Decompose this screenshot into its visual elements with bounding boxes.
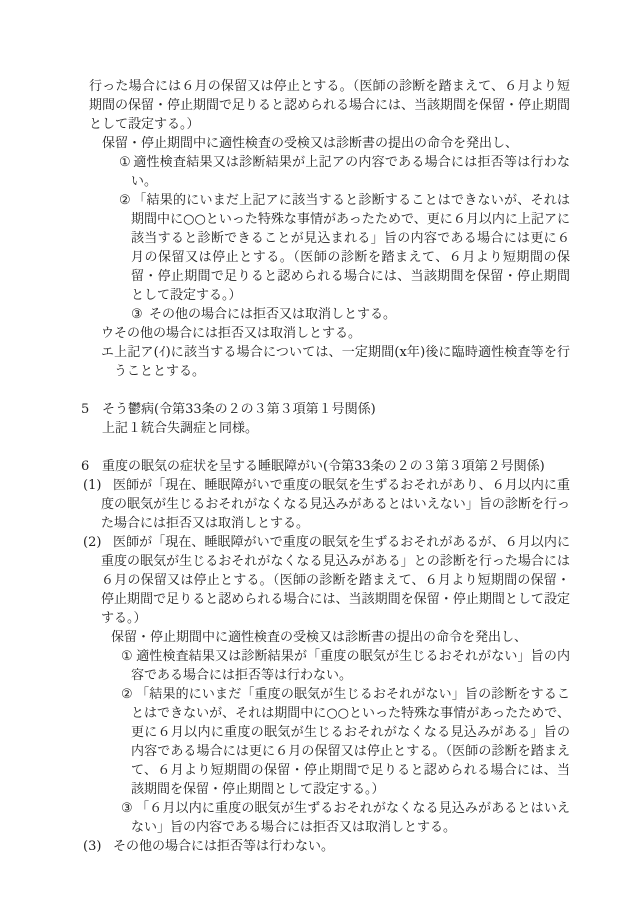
document-page: 行った場合には６月の保留又は停止とする。（医師の診断を踏まえて、６月より短期間の… [0, 0, 630, 903]
katakana-item-e-text: 上記ア(ｲ)に該当する場合については、一定期間(x年)後に臨時適性検査等を行うこ… [114, 345, 570, 379]
section-6: 6重度の眠気の症状を呈する睡眠障がい(令第33条の２の３第３項第２号関係) (1… [0, 457, 570, 856]
paren-item-1: (1)医師が「現在、睡眠障がいで重度の眠気を生ずるおそれがあり、６月以内に重度の… [0, 476, 570, 533]
order-intro-paragraph: 保留・停止期間中に適性検査の受検又は診断書の提出の命令を発出し、 [0, 134, 570, 153]
sub-circled-item-1-text: 適性検査結果又は診断結果が「重度の眠気が生じるおそれがない」旨の内容である場合に… [131, 649, 570, 683]
circled-3-marker: ③ [131, 305, 149, 324]
sub-circled-2-marker: ② [121, 685, 136, 704]
circled-item-3-text: その他の場合には拒否又は取消しとする。 [149, 307, 396, 322]
paren-item-2-text: 医師が「現在、睡眠障がいで重度の眠気を生ずるおそれがあるが、６月以内に重度の眠気… [101, 535, 570, 626]
section-5-heading: 5そう鬱病(令第33条の２の３第３項第１号関係) [0, 400, 570, 419]
section-5-body: 上記１統合失調症と同様。 [0, 419, 570, 438]
paren-item-3-text: その他の場合には拒否等は行わない。 [113, 839, 334, 854]
circled-2-marker: ② [119, 191, 133, 210]
katakana-item-u-text: その他の場合には拒否又は取消しとする。 [114, 326, 361, 341]
circled-item-2-text: 「結果的にいまだ上記アに該当すると診断することはできないが、それは期間中に○○と… [131, 193, 570, 303]
order-intro-paragraph-2: 保留・停止期間中に適性検査の受検又は診断書の提出の命令を発出し、 [0, 628, 570, 647]
circled-item-1: ①適性検査結果又は診断結果が上記アの内容である場合には拒否等は行わない。 [0, 153, 570, 191]
paren-item-3: (3)その他の場合には拒否等は行わない。 [0, 837, 570, 856]
section-6-title: 重度の眠気の症状を呈する睡眠障がい(令第33条の２の３第３項第２号関係) [102, 459, 545, 474]
sub-circled-item-2-text: 「結果的にいまだ「重度の眠気が生じるおそれがない」旨の診断をすることはできないが… [131, 687, 570, 797]
section-5: 5そう鬱病(令第33条の２の３第３項第１号関係) 上記１統合失調症と同様。 [0, 400, 570, 438]
sub-circled-item-3-text: 「６月以内に重度の眠気が生ずるおそれがなくなる見込みがあるとはいえない」旨の内容… [131, 801, 570, 835]
section-6-heading: 6重度の眠気の症状を呈する睡眠障がい(令第33条の２の３第３項第２号関係) [0, 457, 570, 476]
paren-item-1-text: 医師が「現在、睡眠障がいで重度の眠気を生ずるおそれがあり、６月以内に重度の眠気が… [101, 478, 570, 531]
circled-1-marker: ① [119, 153, 133, 172]
paren-3-marker: (3) [83, 837, 113, 856]
sub-circled-3-marker: ③ [121, 799, 136, 818]
circled-item-3: ③その他の場合には拒否又は取消しとする。 [0, 305, 570, 324]
paren-item-2: (2)医師が「現在、睡眠障がいで重度の眠気を生ずるおそれがあるが、６月以内に重度… [0, 533, 570, 628]
section-5-title: そう鬱病(令第33条の２の３第３項第１号関係) [102, 402, 376, 417]
katakana-item-e: エ上記ア(ｲ)に該当する場合については、一定期間(x年)後に臨時適性検査等を行う… [0, 343, 570, 381]
katakana-e-marker: エ [101, 343, 114, 362]
katakana-u-marker: ウ [101, 324, 114, 343]
paren-2-marker: (2) [83, 533, 113, 552]
section-5-number: 5 [81, 400, 102, 419]
sub-circled-1-marker: ① [121, 647, 136, 666]
sub-circled-item-2: ②「結果的にいまだ「重度の眠気が生じるおそれがない」旨の診断をすることはできない… [0, 685, 570, 799]
section-6-number: 6 [81, 457, 102, 476]
circled-item-2: ②「結果的にいまだ上記アに該当すると診断することはできないが、それは期間中に○○… [0, 191, 570, 305]
top-continuation-block: 行った場合には６月の保留又は停止とする。（医師の診断を踏まえて、６月より短期間の… [0, 77, 570, 381]
katakana-item-u: ウその他の場合には拒否又は取消しとする。 [0, 324, 570, 343]
continuation-paragraph: 行った場合には６月の保留又は停止とする。（医師の診断を踏まえて、６月より短期間の… [0, 77, 570, 134]
paren-1-marker: (1) [83, 476, 113, 495]
sub-circled-item-3: ③「６月以内に重度の眠気が生ずるおそれがなくなる見込みがあるとはいえない」旨の内… [0, 799, 570, 837]
sub-circled-item-1: ①適性検査結果又は診断結果が「重度の眠気が生じるおそれがない」旨の内容である場合… [0, 647, 570, 685]
circled-item-1-text: 適性検査結果又は診断結果が上記アの内容である場合には拒否等は行わない。 [131, 155, 570, 189]
